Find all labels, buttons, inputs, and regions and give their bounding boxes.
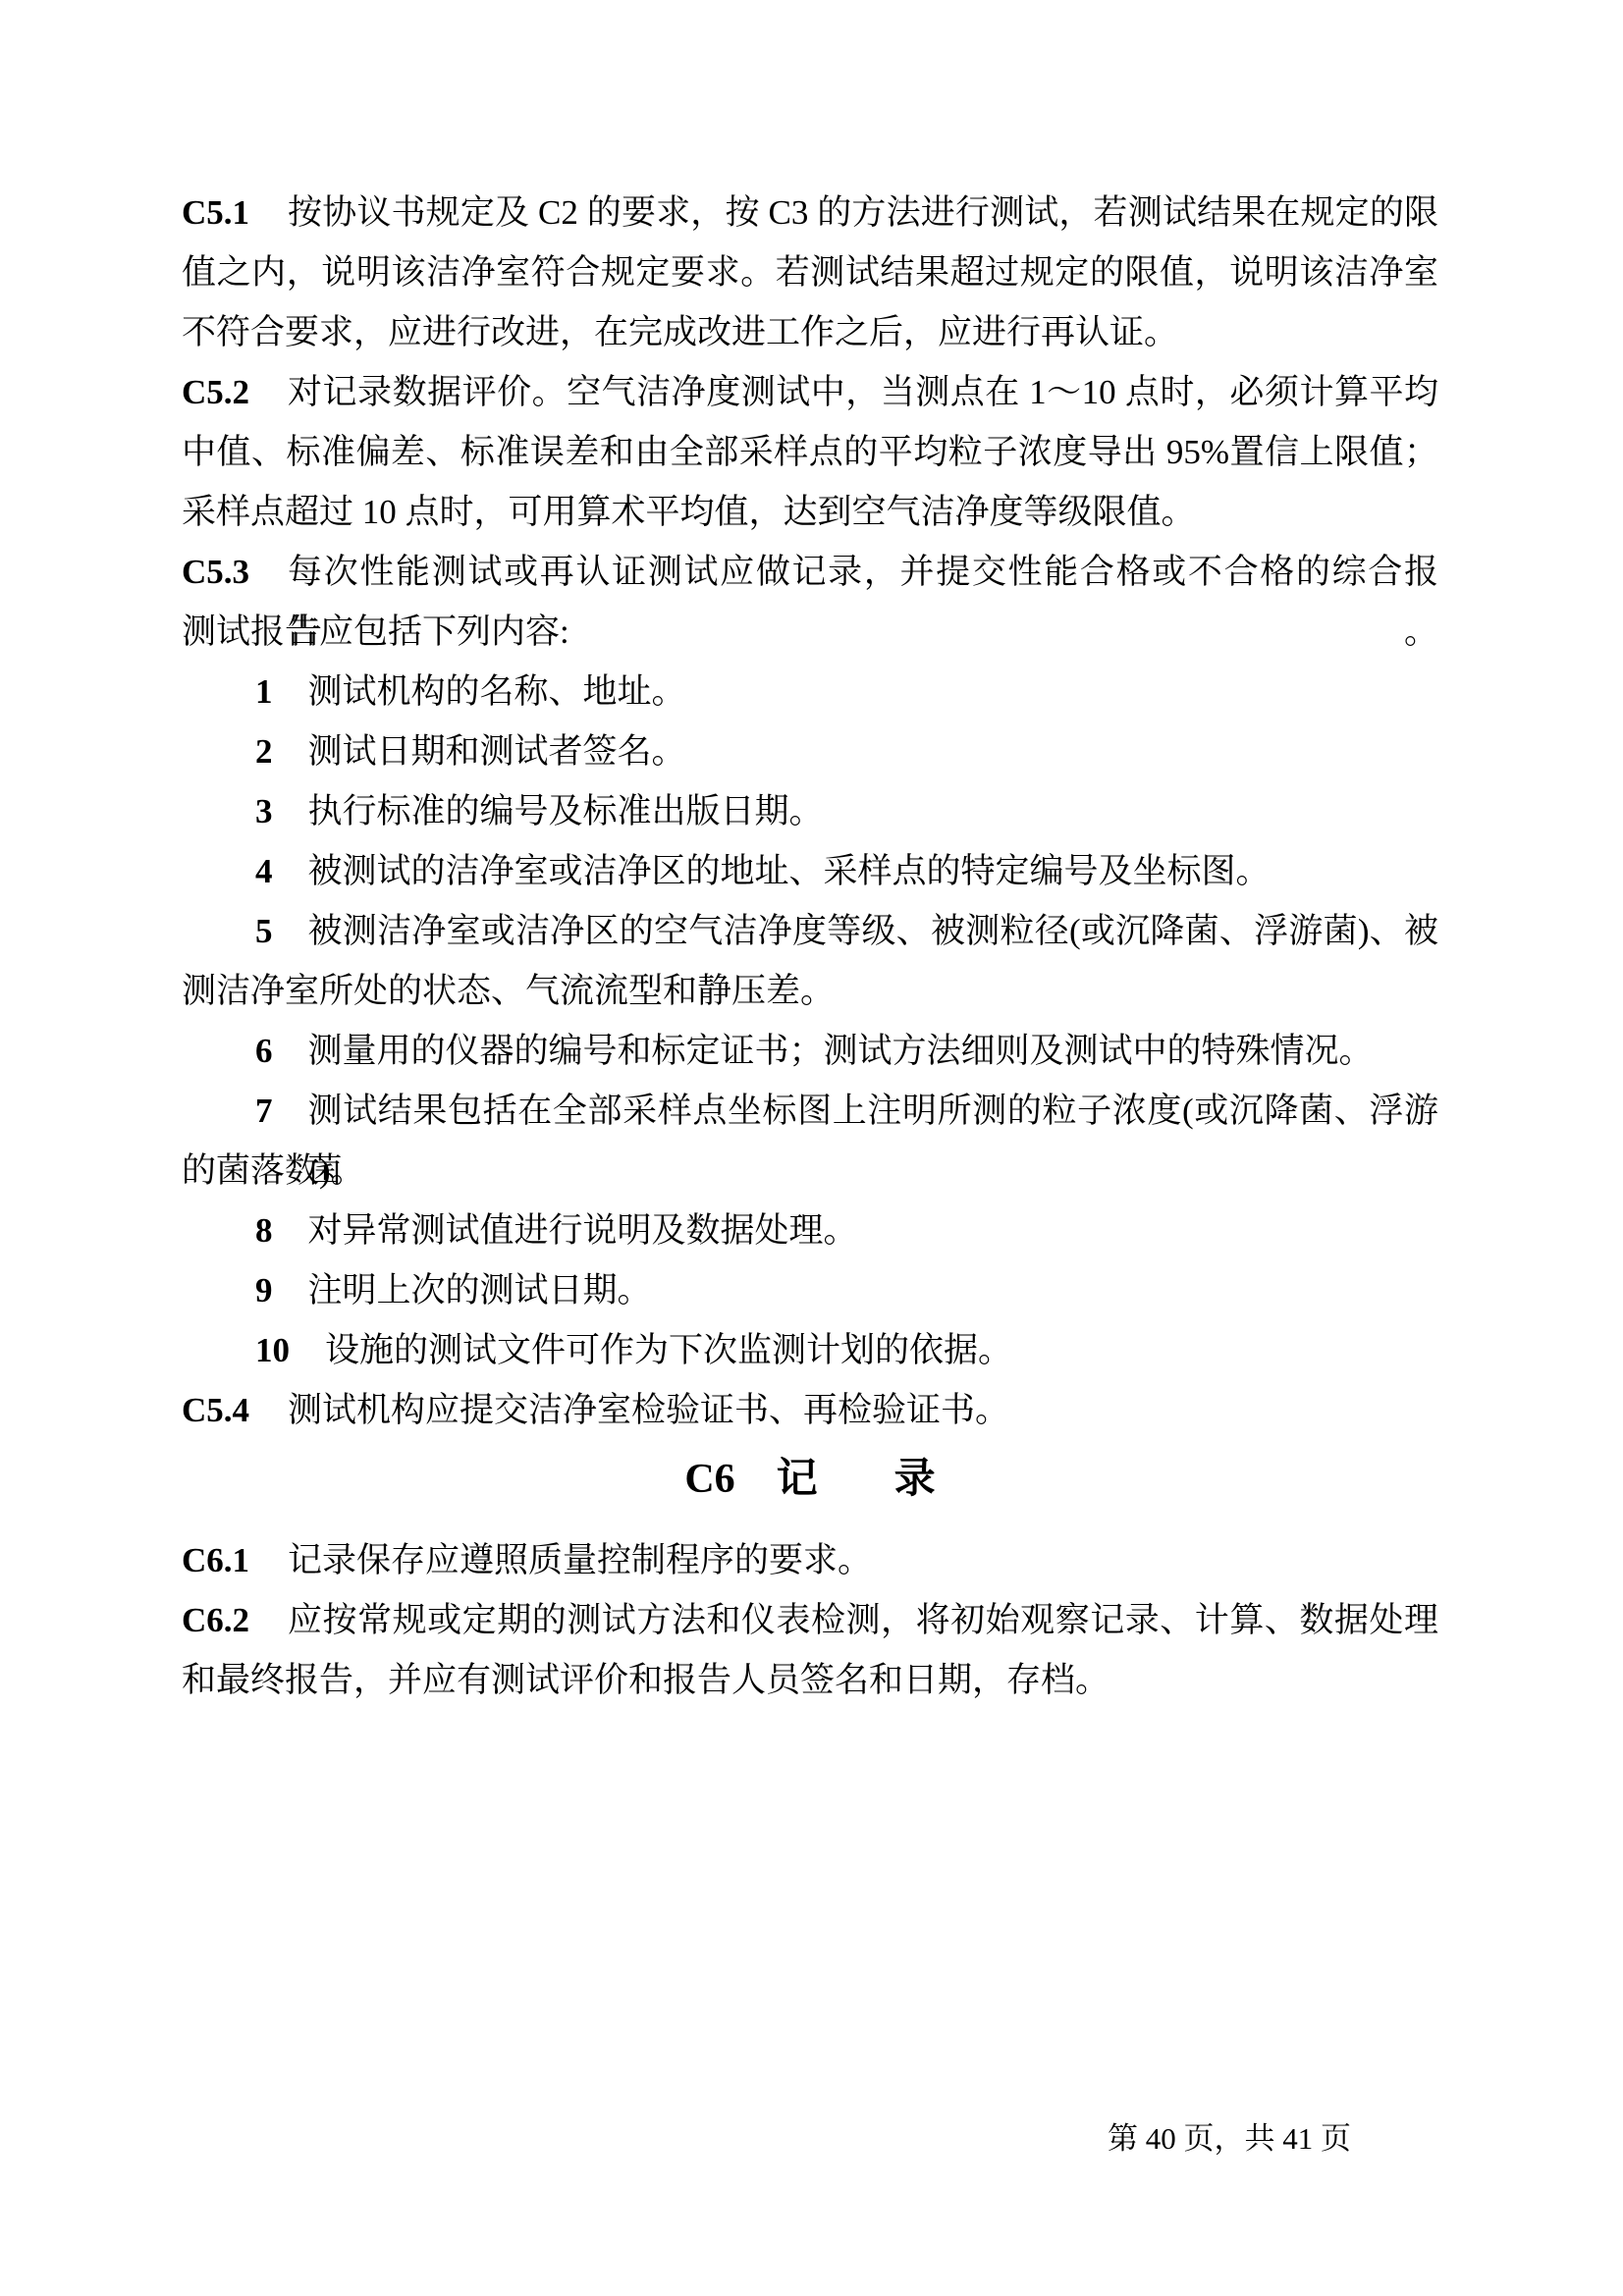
list-number: 8 <box>255 1201 273 1260</box>
clause-line: C5.3每次性能测试或再认证测试应做记录，并提交性能合格或不合格的综合报告。 <box>182 542 1438 602</box>
heading-word: 记 <box>777 1450 818 1510</box>
continuation-line: 和最终报告，并应有测试评价和报告人员签名和日期，存档。 <box>182 1650 1438 1710</box>
list-item-line: 8对异常测试值进行说明及数据处理。 <box>182 1201 1438 1260</box>
continuation-line: 测洁净室所处的状态、气流流型和静压差。 <box>182 961 1438 1021</box>
line-text: 执行标准的编号及标准出版日期。 <box>308 781 1439 841</box>
clause-label: C5.3 <box>182 542 249 602</box>
section-heading: C6记录 <box>182 1450 1438 1510</box>
list-number: 3 <box>255 781 273 841</box>
line-text: 被测试的洁净室或洁净区的地址、采样点的特定编号及坐标图。 <box>308 841 1439 901</box>
list-item-line: 9注明上次的测试日期。 <box>182 1260 1438 1320</box>
clause-line: C5.1按协议书规定及 C2 的要求，按 C3 的方法进行测试，若测试结果在规定… <box>182 183 1438 242</box>
clause-line: C6.1记录保存应遵照质量控制程序的要求。 <box>182 1530 1438 1590</box>
list-number: 2 <box>255 721 273 781</box>
list-number: 9 <box>255 1260 273 1320</box>
page-footer: 第 40 页，共 41 页 <box>1108 2109 1351 2168</box>
clause-label: C5.2 <box>182 362 249 422</box>
list-number: 7 <box>255 1081 273 1141</box>
line-text: 应按常规或定期的测试方法和仪表检测，将初始观察记录、计算、数据处理 <box>288 1590 1438 1650</box>
line-text: 设施的测试文件可作为下次监测计划的依据。 <box>325 1320 1438 1380</box>
document-body: C5.1按协议书规定及 C2 的要求，按 C3 的方法进行测试，若测试结果在规定… <box>182 183 1438 1710</box>
clause-line: C6.2应按常规或定期的测试方法和仪表检测，将初始观察记录、计算、数据处理 <box>182 1590 1438 1650</box>
list-number: 5 <box>255 901 273 961</box>
continuation-line: 值之内，说明该洁净室符合规定要求。若测试结果超过规定的限值，说明该洁净室 <box>182 242 1438 302</box>
heading-word: 录 <box>894 1450 936 1510</box>
line-text: 每次性能测试或再认证测试应做记录，并提交性能合格或不合格的综合报告。 <box>288 542 1438 602</box>
line-text: 测量用的仪器的编号和标定证书；测试方法细则及测试中的特殊情况。 <box>308 1021 1439 1081</box>
document-page: C5.1按协议书规定及 C2 的要求，按 C3 的方法进行测试，若测试结果在规定… <box>0 0 1623 2296</box>
line-text: 注明上次的测试日期。 <box>308 1260 1439 1320</box>
clause-label: C5.1 <box>182 183 249 242</box>
list-number: 1 <box>255 662 273 721</box>
clause-label: C5.4 <box>182 1380 249 1440</box>
line-text: 测试机构应提交洁净室检验证书、再检验证书。 <box>288 1380 1438 1440</box>
line-text: 记录保存应遵照质量控制程序的要求。 <box>288 1530 1438 1590</box>
line-text: 测试机构的名称、地址。 <box>308 662 1439 721</box>
list-item-line: 1测试机构的名称、地址。 <box>182 662 1438 721</box>
list-item-line: 2测试日期和测试者签名。 <box>182 721 1438 781</box>
list-number: 6 <box>255 1021 273 1081</box>
list-item-line: 10设施的测试文件可作为下次监测计划的依据。 <box>182 1320 1438 1380</box>
continuation-line: 的菌落数)。 <box>182 1141 1438 1201</box>
clause-label: C6.1 <box>182 1530 249 1590</box>
list-item-line: 4被测试的洁净室或洁净区的地址、采样点的特定编号及坐标图。 <box>182 841 1438 901</box>
line-text: 被测洁净室或洁净区的空气洁净度等级、被测粒径(或沉降菌、浮游菌)、被 <box>308 901 1439 961</box>
line-text: 对记录数据评价。空气洁净度测试中，当测点在 1～10 点时，必须计算平均 <box>288 362 1438 422</box>
list-number: 10 <box>255 1320 290 1380</box>
line-text: 按协议书规定及 C2 的要求，按 C3 的方法进行测试，若测试结果在规定的限 <box>288 183 1438 242</box>
clause-label: C6.2 <box>182 1590 249 1650</box>
continuation-line: 中值、标准偏差、标准误差和由全部采样点的平均粒子浓度导出 95%置信上限值； <box>182 422 1438 482</box>
line-text: 测试日期和测试者签名。 <box>308 721 1439 781</box>
page-number-text: 第 40 页，共 41 页 <box>1108 2121 1351 2156</box>
line-text: 对异常测试值进行说明及数据处理。 <box>308 1201 1439 1260</box>
list-item-line: 5被测洁净室或洁净区的空气洁净度等级、被测粒径(或沉降菌、浮游菌)、被 <box>182 901 1438 961</box>
line-text: 测试结果包括在全部采样点坐标图上注明所测的粒子浓度(或沉降菌、浮游菌 <box>308 1081 1439 1141</box>
clause-line: C5.4测试机构应提交洁净室检验证书、再检验证书。 <box>182 1380 1438 1440</box>
continuation-line: 采样点超过 10 点时，可用算术平均值，达到空气洁净度等级限值。 <box>182 482 1438 542</box>
heading-label: C6 <box>684 1450 734 1510</box>
continuation-line: 不符合要求，应进行改进，在完成改进工作之后，应进行再认证。 <box>182 302 1438 362</box>
list-number: 4 <box>255 841 273 901</box>
list-item-line: 6测量用的仪器的编号和标定证书；测试方法细则及测试中的特殊情况。 <box>182 1021 1438 1081</box>
clause-line: C5.2对记录数据评价。空气洁净度测试中，当测点在 1～10 点时，必须计算平均 <box>182 362 1438 422</box>
list-item-line: 7测试结果包括在全部采样点坐标图上注明所测的粒子浓度(或沉降菌、浮游菌 <box>182 1081 1438 1141</box>
list-item-line: 3执行标准的编号及标准出版日期。 <box>182 781 1438 841</box>
